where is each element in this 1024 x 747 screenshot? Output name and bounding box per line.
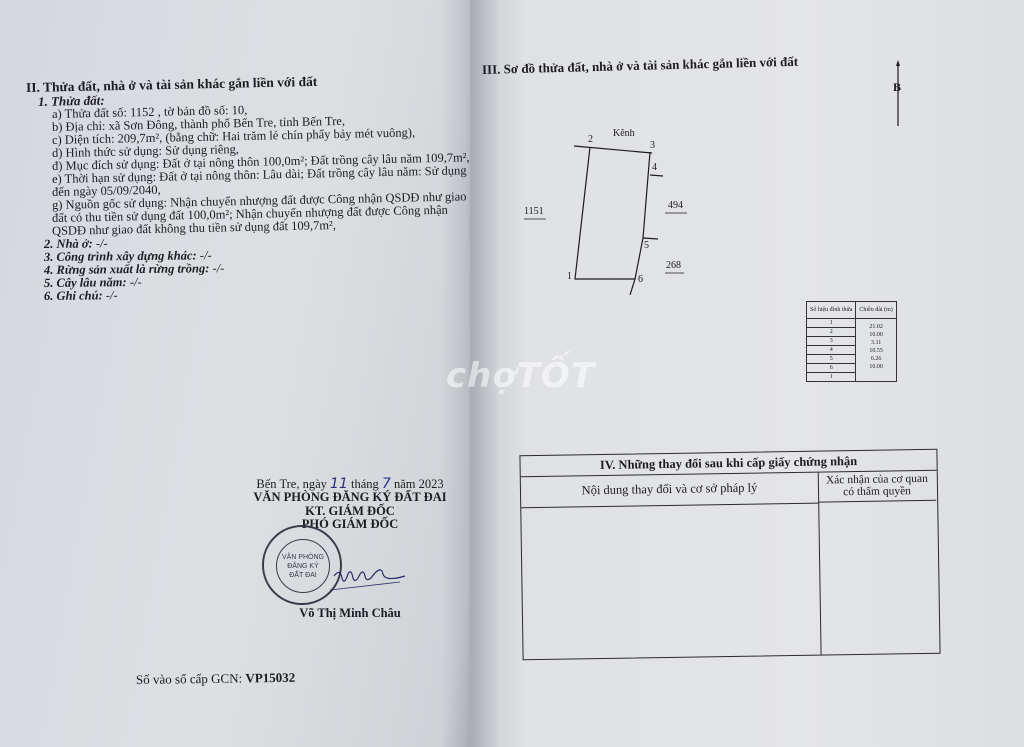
north-label: B — [893, 80, 901, 95]
handwritten-signature — [330, 562, 410, 592]
neighbor-parcel-1151: 1151 — [524, 206, 544, 217]
change-content-column: Nội dung thay đổi và cơ sở pháp lý — [521, 472, 822, 660]
vertex-id-header: Số hiệu đỉnh thửa — [807, 302, 856, 319]
changes-table: IV. Những thay đổi sau khi cấp giấy chứn… — [519, 449, 940, 661]
edge-length-table: Số hiệu đỉnh thửa Chiều dài (m) 1 21.02 … — [806, 301, 897, 382]
vertex-4-label: 4 — [652, 162, 657, 173]
edge-length: 10.00 — [859, 331, 892, 339]
lengths-cell: 21.02 10.00 3.11 10.55 6.26 10.00 — [856, 319, 896, 382]
vertex-2-label: 2 — [588, 134, 593, 145]
vertex-id: 1 — [807, 319, 856, 328]
vertex-id: 6 — [807, 364, 856, 373]
vertex-5-label: 5 — [644, 240, 649, 251]
edge-length: 10.55 — [859, 347, 892, 355]
authority-confirmation-header: Xác nhận của cơ quan có thẩm quyền — [818, 470, 936, 503]
stamp-text-line-3: ĐẤT ĐAI — [289, 571, 317, 580]
vertex-3-label: 3 — [650, 140, 655, 151]
certificate-registry-number: Số vào sổ cấp GCN: VP15032 — [136, 670, 295, 688]
authority-confirmation-column: Xác nhận của cơ quan có thẩm quyền — [818, 470, 939, 655]
signer-position: PHÓ GIÁM ĐỐC — [240, 517, 460, 532]
watermark-logo: chợTỐT — [446, 356, 595, 396]
vertex-id: 4 — [807, 346, 856, 355]
neighbor-parcel-494: 494 — [668, 200, 683, 211]
issuing-office: VĂN PHÒNG ĐĂNG KÝ ĐẤT ĐAI — [240, 490, 460, 505]
signer-name: Võ Thị Minh Châu — [240, 606, 460, 621]
stamp-text-line-2: ĐĂNG KÝ — [287, 562, 319, 571]
neighbor-parcel-268: 268 — [666, 260, 681, 271]
vertex-id: 5 — [807, 355, 856, 364]
edge-length: 10.00 — [859, 363, 892, 371]
canal-label: Kênh — [613, 128, 635, 139]
vertex-id: 3 — [807, 337, 856, 346]
vertex-id: 1 — [807, 373, 856, 382]
edge-length: 21.02 — [859, 323, 892, 331]
vertex-6-label: 6 — [638, 274, 643, 285]
edge-length: 3.11 — [859, 339, 892, 347]
vertex-1-label: 1 — [567, 271, 572, 282]
length-header: Chiều dài (m) — [856, 302, 896, 319]
change-content-header: Nội dung thay đổi và cơ sở pháp lý — [521, 472, 818, 509]
edge-length: 6.26 — [859, 355, 892, 363]
stamp-text-line-1: VĂN PHÒNG — [282, 553, 324, 562]
notes-item: 6. Ghi chú: -/- — [44, 288, 118, 304]
vertex-id: 2 — [807, 328, 856, 337]
